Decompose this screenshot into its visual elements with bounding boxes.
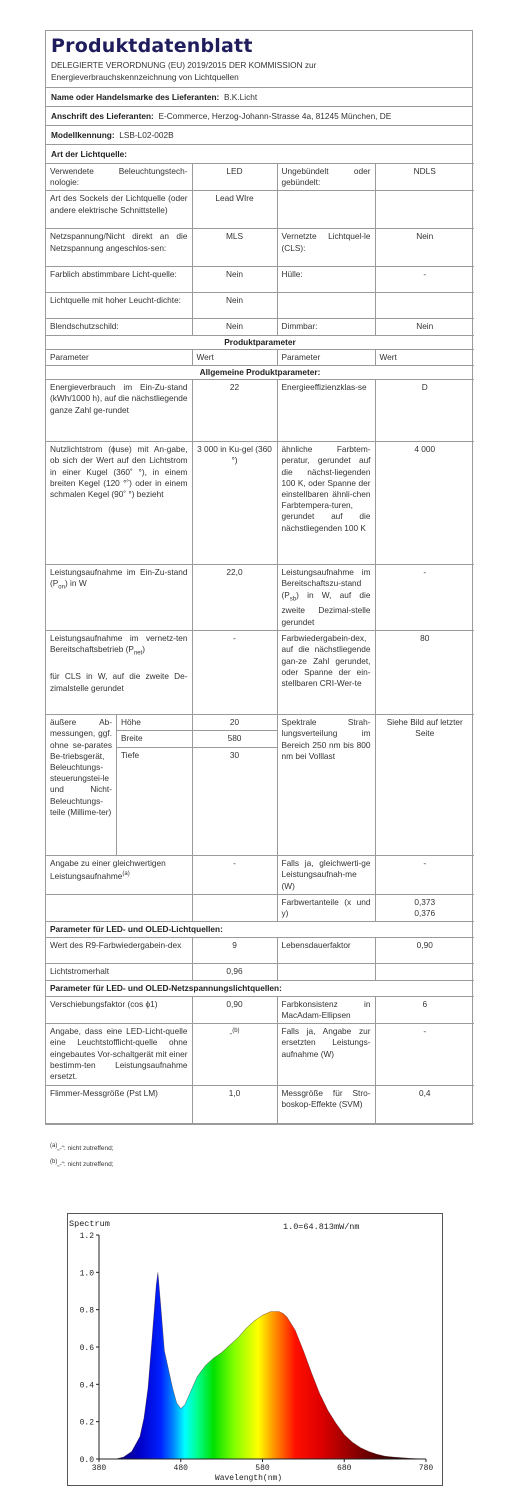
value-chromaticity: 0,3730,376 [375,894,474,921]
dimension-names: Höhe Breite Tiefe [117,715,192,855]
svg-text:0.4: 0.4 [80,1381,95,1390]
section-heading-row: Parameter für LED- und OLED-Lichtquellen… [46,922,474,938]
table-row-dimensions: äußere Ab-messungen, ggf. ohne se-parate… [46,715,474,856]
param-power-on: Leistungsaufnahme im Ein-Zu-stand (Pon) … [46,565,192,631]
table-row: Nutzlichtstrom (ɸuse) mit An-gabe, ob si… [46,442,474,565]
regulation-subtitle: DELEGIERTE VERORDNUNG (EU) 2019/2015 DER… [46,57,472,87]
param-energy-consumption: Energieverbrauch im Ein-Zu-stand (kWh/10… [46,380,192,442]
col-header-parameter-1: Parameter [46,349,192,365]
param-survival-factor: Lebensdauerfaktor [277,938,375,964]
param-displacement-factor: Verschiebungsfaktor (cos ϕ1) [46,996,192,1023]
value-lumen-maintenance: 0,96 [192,964,277,980]
product-datasheet: Produktdatenblatt DELEGIERTE VERORDNUNG … [45,30,473,1125]
table-row: Netzspannung/Nicht direkt an die Netzspa… [46,229,474,267]
param-stroboscopic: Messgröße für Stro-boskop-Effekte (SVM) [277,1086,375,1124]
param-light-source-3-p1: Farblich abstimmbare Licht-quelle: [46,267,192,293]
supplier-address-label: Anschrift des Lieferanten: [51,111,154,121]
table-row: Farblich abstimmbare Licht-quelle:NeinHü… [46,267,474,293]
value-light-source-1-v1: Lead WIre [192,191,277,229]
col-header-parameter-2: Parameter [277,349,375,365]
spectrum-plot: 0.00.20.40.60.81.01.2380480580680780Wave… [68,1214,442,1485]
footnote-b: (b)„-“: nicht zutreffend; [50,1159,114,1168]
dimension-depth-value: 30 [193,748,277,763]
value-retrofit: -(b) [192,1024,277,1086]
value-light-source-1-v2 [375,191,474,229]
value-power-on: 22,0 [192,565,277,631]
value-light-source-2-v1: MLS [192,229,277,267]
svg-text:Wavelength(nm): Wavelength(nm) [215,1474,282,1483]
spectrum-area [99,1272,426,1459]
heading-text: Art der Lichtquelle: [51,149,127,159]
svg-text:0.8: 0.8 [80,1307,95,1316]
dimension-height-value: 20 [193,715,277,731]
dimensions-cell: äußere Ab-messungen, ggf. ohne se-parate… [46,715,192,856]
value-equivalent-power: - [192,856,277,895]
param-light-source-4-p1: Lichtquelle mit hoher Leucht-dichte: [46,293,192,319]
light-source-type-heading: Art der Lichtquelle: [46,144,472,163]
param-power-networked: Leistungsaufnahme im vernetz-ten Bereits… [46,631,192,715]
svg-text:0.6: 0.6 [80,1344,95,1353]
spectrum-chart: 0.00.20.40.60.81.01.2380480580680780Wave… [67,1213,443,1486]
value-light-source-0-v1: LED [192,164,277,191]
datasheet-table: Verwendete Beleuchtungstech-nologie:LEDU… [46,163,474,1124]
svg-text:780: 780 [419,1464,434,1473]
table-row: Flimmer-Messgröße (Pst LM) 1,0 Messgröße… [46,1086,474,1124]
param-cri: Farbwiedergabein-dex, auf die nächstlieg… [277,631,375,715]
svg-text:1.0=64.813mW/nm: 1.0=64.813mW/nm [283,1222,360,1232]
model-row: Modellkennung: LSB-L02-002B [46,125,472,144]
page-title: Produktdatenblatt [46,31,472,57]
value-equivalent-power-w: - [375,856,474,895]
param-dimensions: äußere Ab-messungen, ggf. ohne se-parate… [46,715,117,855]
table-row: Leistungsaufnahme im Ein-Zu-stand (Pon) … [46,565,474,631]
param-power-standby: Leistungsaufnahme im Bereitschaftszu-sta… [277,565,375,631]
general-parameters-heading: Allgemeine Produktparameter: [46,366,474,380]
model-label: Modellkennung: [51,130,115,140]
section-heading-row: Allgemeine Produktparameter: [46,366,474,380]
column-header-row: Parameter Wert Parameter Wert [46,349,474,365]
param-flicker: Flimmer-Messgröße (Pst LM) [46,1086,192,1124]
empty-cell [192,894,277,921]
param-equivalent-power-w: Falls ja, gleichwerti-ge Leistungsaufnah… [277,856,375,895]
param-light-source-0-p2: Ungebündelt oder gebündelt: [277,164,375,191]
svg-text:580: 580 [255,1464,270,1473]
svg-text:0.2: 0.2 [80,1419,95,1428]
value-light-source-0-v2: NDLS [375,164,474,191]
param-retrofit: Angabe, dass eine LED-Licht-quelle eine … [46,1024,192,1086]
dimension-values: 20 580 30 [192,715,277,856]
section-heading-row: Produktparameter [46,335,474,349]
param-color-consistency: Farbkonsistenz in MacAdam-Ellipsen [277,996,375,1023]
svg-text:Spectrum: Spectrum [69,1219,110,1229]
product-parameters-heading: Produktparameter [46,335,474,349]
value-energy-consumption: 22 [192,380,277,442]
param-light-source-5-p2: Dimmbar: [277,319,375,335]
param-light-source-1-p1: Art des Sockels der Lichtquelle (oder an… [46,191,192,229]
value-light-source-5-v1: Nein [192,319,277,335]
table-row: Lichtstromerhalt 0,96 [46,964,474,980]
table-row: Lichtquelle mit hoher Leucht-dichte:Nein [46,293,474,319]
param-spectral-distribution: Spektrale Strah-lungsverteilung im Berei… [277,715,375,856]
table-row: Verschiebungsfaktor (cos ϕ1) 0,90 Farbko… [46,996,474,1023]
param-light-source-3-p2: Hülle: [277,267,375,293]
value-light-source-5-v2: Nein [375,319,474,335]
value-flicker: 1,0 [192,1086,277,1124]
dimension-depth-label: Tiefe [117,748,192,763]
value-light-source-3-v2: - [375,267,474,293]
param-luminous-flux: Nutzlichtstrom (ɸuse) mit An-gabe, ob si… [46,442,192,565]
dimension-height-label: Höhe [117,715,192,731]
led-params-heading: Parameter für LED- und OLED-Lichtquellen… [46,922,474,938]
param-light-source-2-p1: Netzspannung/Nicht direkt an die Netzspa… [46,229,192,267]
subtitle-line-1: DELEGIERTE VERORDNUNG (EU) 2019/2015 DER… [51,60,316,70]
param-light-source-4-p2 [277,293,375,319]
table-row: Leistungsaufnahme im vernetz-ten Bereits… [46,631,474,715]
table-row: Angabe zu einer gleichwertigen Leistungs… [46,856,474,895]
value-energy-class: D [375,380,474,442]
subtitle-line-2: Energieverbrauchskennzeichnung von Licht… [51,72,239,82]
param-lumen-maintenance: Lichtstromerhalt [46,964,192,980]
value-cri: 80 [375,631,474,715]
table-row: Farbwertanteile (x und y) 0,3730,376 [46,894,474,921]
model-value: LSB-L02-002B [119,130,173,140]
value-light-source-2-v2: Nein [375,229,474,267]
param-light-source-1-p2 [277,191,375,229]
svg-text:1.2: 1.2 [80,1232,95,1241]
table-row: Energieverbrauch im Ein-Zu-stand (kWh/10… [46,380,474,442]
value-survival-factor: 0,90 [375,938,474,964]
table-row: Art des Sockels der Lichtquelle (oder an… [46,191,474,229]
table-row: Verwendete Beleuchtungstech-nologie:LEDU… [46,164,474,191]
param-chromaticity: Farbwertanteile (x und y) [277,894,375,921]
svg-text:1.0: 1.0 [80,1269,95,1278]
value-power-networked: - [192,631,277,715]
svg-text:680: 680 [337,1464,352,1473]
supplier-address-row: Anschrift des Lieferanten: E-Commerce, H… [46,106,472,125]
param-r9: Wert des R9-Farbwiedergabein-dex [46,938,192,964]
supplier-name-row: Name oder Handelsmarke des Lieferanten: … [46,87,472,106]
value-light-source-3-v1: Nein [192,267,277,293]
value-replaced-power: - [375,1024,474,1086]
table-row: Angabe, dass eine LED-Licht-quelle eine … [46,1024,474,1086]
col-header-value-1: Wert [192,349,277,365]
section-heading-row: Parameter für LED- und OLED-Netzspannung… [46,980,474,996]
value-color-temperature: 4 000 [375,442,474,565]
supplier-address-value: E-Commerce, Herzog-Johann-Strasse 4a, 81… [158,111,391,121]
param-light-source-2-p2: Vernetzte Lichtquel-le (CLS): [277,229,375,267]
param-color-temperature: ähnliche Farbtem-peratur, gerundet auf d… [277,442,375,565]
dimension-width-label: Breite [117,731,192,747]
empty-cell [46,894,192,921]
value-stroboscopic: 0,4 [375,1086,474,1124]
value-color-consistency: 6 [375,996,474,1023]
param-light-source-0-p1: Verwendete Beleuchtungstech-nologie: [46,164,192,191]
dimension-width-value: 580 [193,731,277,747]
value-light-source-4-v1: Nein [192,293,277,319]
table-row: Wert des R9-Farbwiedergabein-dex 9 Leben… [46,938,474,964]
svg-text:480: 480 [174,1464,189,1473]
empty-cell [277,964,375,980]
param-equivalent-power: Angabe zu einer gleichwertigen Leistungs… [46,856,192,895]
value-r9: 9 [192,938,277,964]
value-luminous-flux: 3 000 in Ku-gel (360 °) [192,442,277,565]
param-energy-class: Energieeffizienzklas-se [277,380,375,442]
value-power-standby: - [375,565,474,631]
col-header-value-2: Wert [375,349,474,365]
param-replaced-power: Falls ja, Angabe zur ersetzten Leistungs… [277,1024,375,1086]
table-row: Blendschutzschild:NeinDimmbar:Nein [46,319,474,335]
svg-text:380: 380 [92,1464,107,1473]
value-light-source-4-v2 [375,293,474,319]
led-mains-params-heading: Parameter für LED- und OLED-Netzspannung… [46,980,474,996]
supplier-name-value: B.K.Licht [224,92,257,102]
supplier-name-label: Name oder Handelsmarke des Lieferanten: [51,92,219,102]
footnote-a: (a)„-“: nicht zutreffend; [50,1143,114,1152]
param-light-source-5-p1: Blendschutzschild: [46,319,192,335]
value-spectral-distribution: Siehe Bild auf letzter Seite [375,715,474,856]
empty-cell [375,964,474,980]
value-displacement-factor: 0,90 [192,996,277,1023]
